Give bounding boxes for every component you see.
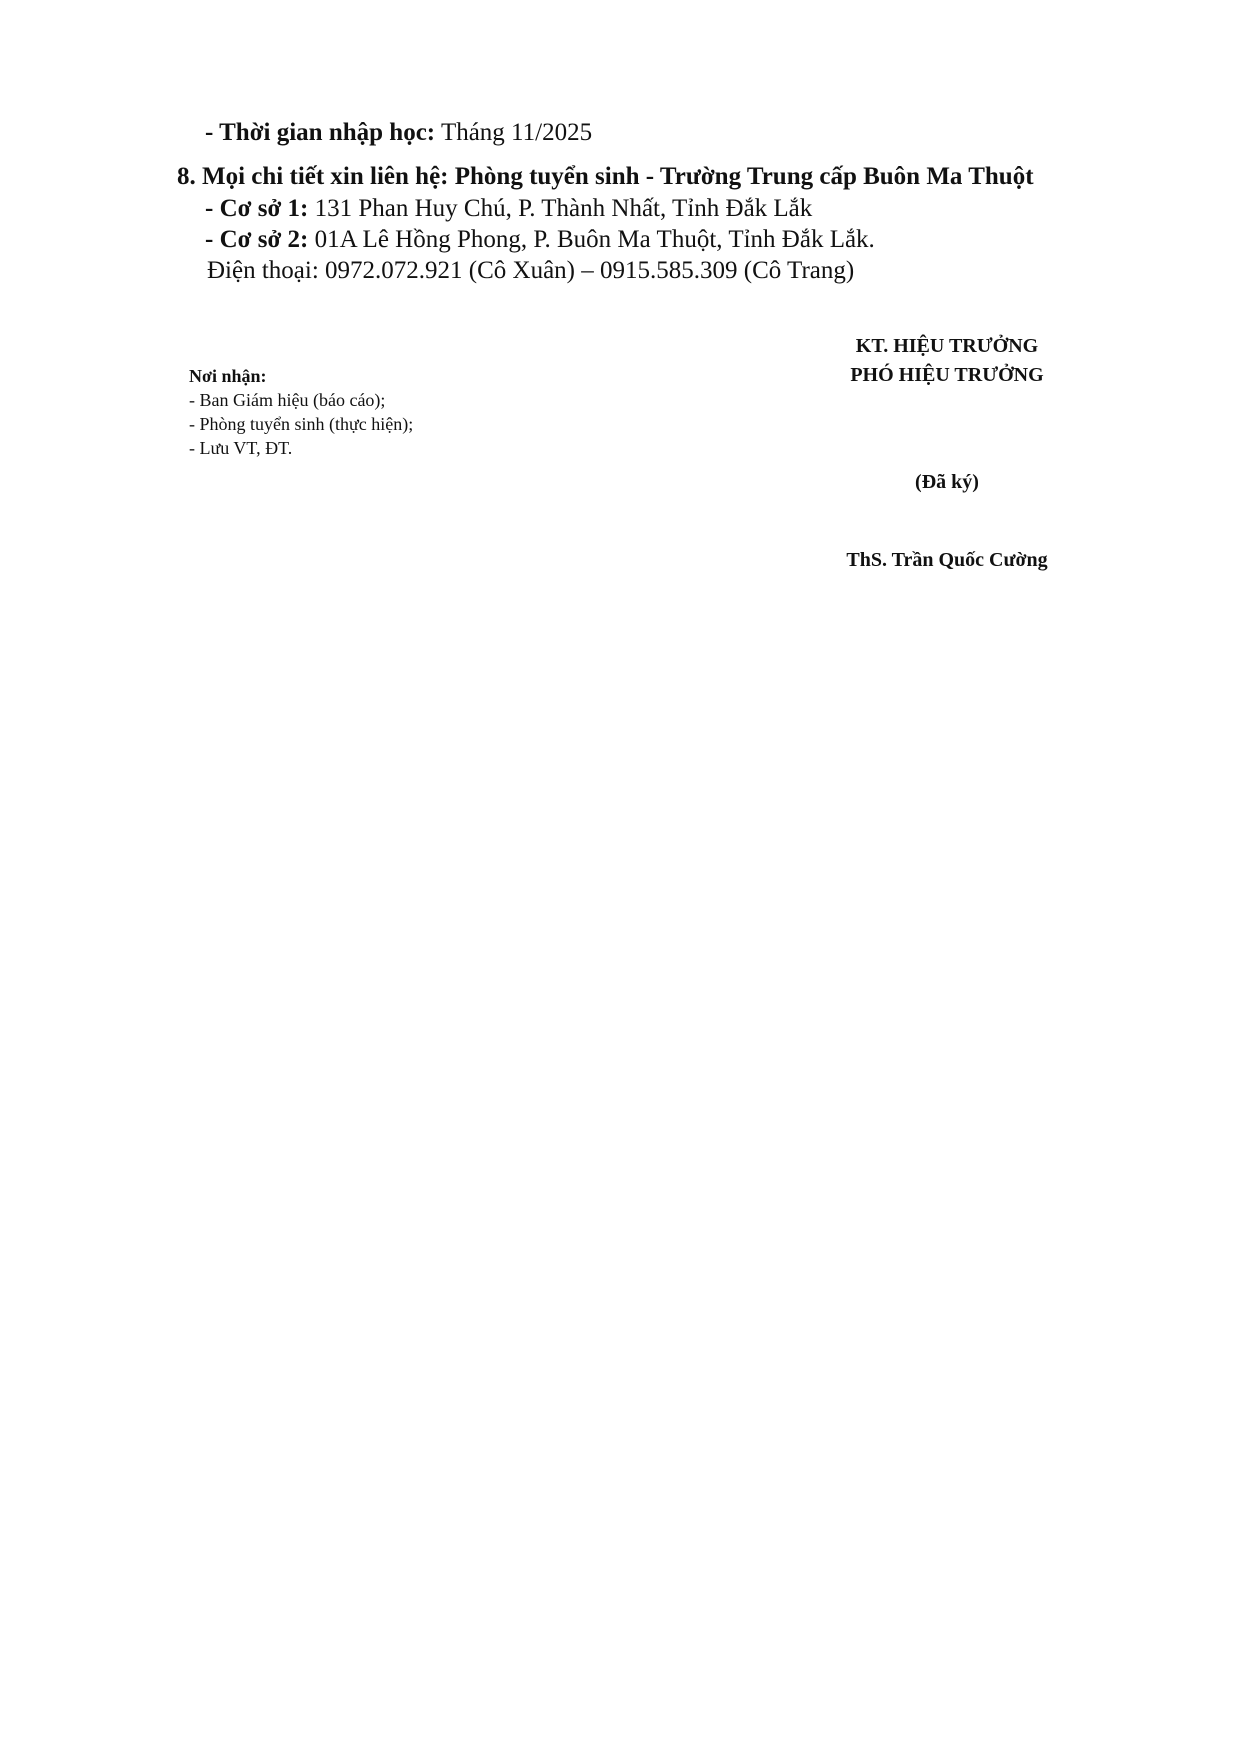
admission-time-label: - Thời gian nhập học:	[205, 119, 435, 146]
admission-time-line: - Thời gian nhập học: Tháng 11/2025	[205, 118, 592, 148]
signature-position: PHÓ HIỆU TRƯỞNG	[797, 362, 1097, 388]
contact-phone-line: Điện thoại: 0972.072.921 (Cô Xuân) – 091…	[207, 256, 854, 286]
signature-signed-note: (Đã ký)	[797, 469, 1097, 495]
campus-2-line: - Cơ sở 2: 01A Lê Hồng Phong, P. Buôn Ma…	[205, 225, 875, 255]
campus-1-line: - Cơ sở 1: 131 Phan Huy Chú, P. Thành Nh…	[205, 194, 812, 224]
recipients-block: Nơi nhận: - Ban Giám hiệu (báo cáo); - P…	[189, 364, 413, 460]
signer-name: ThS. Trần Quốc Cường	[797, 547, 1097, 573]
recipient-item: - Lưu VT, ĐT.	[189, 436, 413, 460]
campus-1-label: - Cơ sở 1:	[205, 195, 308, 222]
admission-time-value: Tháng 11/2025	[435, 119, 592, 146]
recipient-item: - Ban Giám hiệu (báo cáo);	[189, 388, 413, 412]
recipient-item: - Phòng tuyển sinh (thực hiện);	[189, 412, 413, 436]
signature-on-behalf: KT. HIỆU TRƯỞNG	[797, 333, 1097, 359]
campus-2-address: 01A Lê Hồng Phong, P. Buôn Ma Thuột, Tỉn…	[308, 226, 874, 253]
campus-2-label: - Cơ sở 2:	[205, 226, 308, 253]
section-8-heading: 8. Mọi chi tiết xin liên hệ: Phòng tuyển…	[177, 162, 1034, 192]
campus-1-address: 131 Phan Huy Chú, P. Thành Nhất, Tỉnh Đắ…	[308, 195, 812, 222]
recipients-title: Nơi nhận:	[189, 364, 413, 388]
